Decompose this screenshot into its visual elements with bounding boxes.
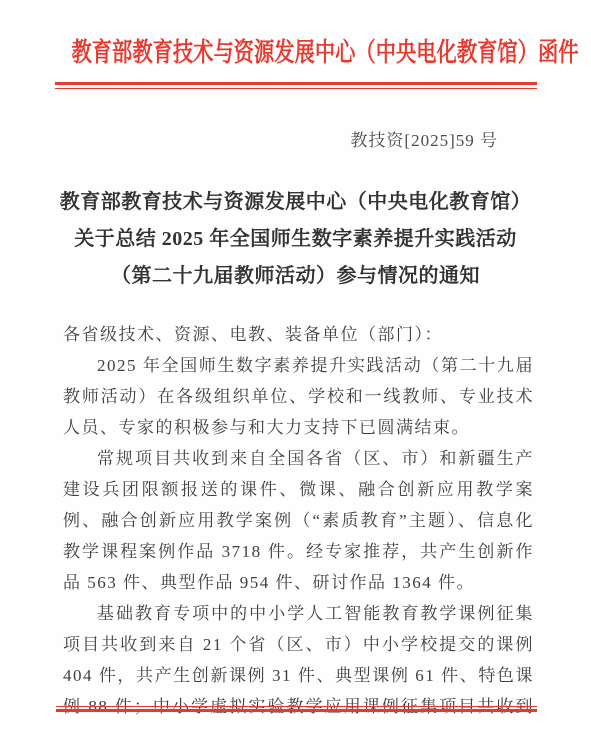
red-double-rule-top — [55, 82, 537, 89]
document-number: 教技资[2025]59 号 — [0, 126, 591, 151]
letterhead-title: 教育部教育技术与资源发展中心（中央电化教育馆）函件 — [72, 32, 579, 69]
notice-title-line-3: （第二十九届教师活动）参与情况的通知 — [0, 258, 591, 295]
paragraph-activity-summary: 2025 年全国师生数字素养提升实践活动（第二十九届教师活动）在各级组织单位、学… — [63, 350, 534, 443]
paragraph-basic-education-projects: 基础教育专项中的中小学人工智能教育教学课例征集项目共收到来自 21 个省（区、市… — [63, 598, 534, 721]
document-body: 各省级技术、资源、电教、装备单位（部门）： 2025 年全国师生数字素养提升实践… — [63, 319, 534, 721]
notice-title: 教育部教育技术与资源发展中心（中央电化教育馆） 关于总结 2025 年全国师生数… — [0, 184, 591, 295]
notice-title-line-1: 教育部教育技术与资源发展中心（中央电化教育馆） — [0, 184, 591, 221]
salutation-line: 各省级技术、资源、电教、装备单位（部门）： — [63, 319, 534, 350]
notice-title-line-2: 关于总结 2025 年全国师生数字素养提升实践活动 — [0, 221, 591, 258]
letterhead: 教育部教育技术与资源发展中心（中央电化教育馆）函件 — [0, 32, 591, 69]
paragraph-regular-projects: 常规项目共收到来自全国各省（区、市）和新疆生产建设兵团限额报送的课件、微课、融合… — [63, 443, 534, 598]
red-double-rule-bottom — [56, 706, 537, 712]
scanned-official-document: 教育部教育技术与资源发展中心（中央电化教育馆）函件 教技资[2025]59 号 … — [0, 0, 591, 752]
